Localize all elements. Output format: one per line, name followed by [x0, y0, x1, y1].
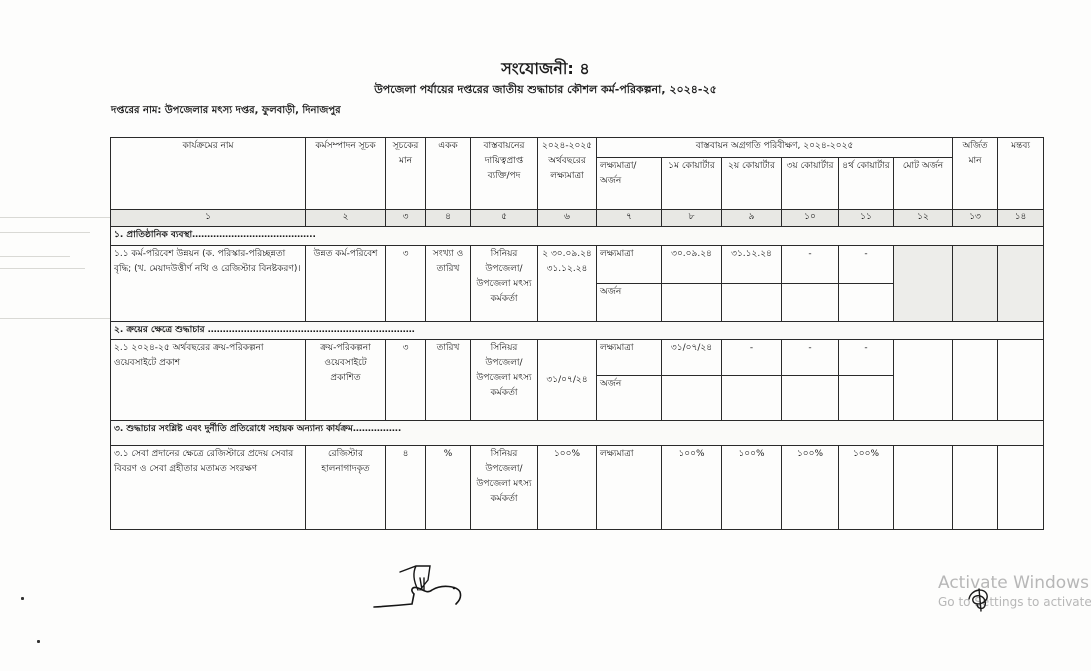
column-number: ১	[111, 210, 306, 227]
header-target-achievement: লক্ষ্যমাত্রা/ অর্জন	[597, 158, 662, 210]
achievement-label: অর্জন	[597, 376, 662, 421]
scan-artifact	[0, 268, 85, 269]
column-number: ১১	[839, 210, 894, 227]
indicator-value-cell: ৩	[386, 340, 426, 421]
q4-achievement	[839, 376, 894, 421]
responsible-cell: সিনিয়র উপজেলা/ উপজেলা মৎস্য কর্মকর্তা	[471, 446, 538, 530]
header-achieved-value: অর্জিত মান	[953, 138, 998, 210]
q2-achievement	[722, 284, 782, 322]
q1-target: ৩০.০৯.২৪	[662, 246, 722, 284]
column-number: ১০	[782, 210, 839, 227]
header-q3: ৩য় কোয়ার্টার	[782, 158, 839, 210]
annual-target-cell: ২ ৩০.০৯.২৪ ৩১.১২.২৪	[538, 246, 597, 322]
activity-cell: ৩.১ সেবা প্রদানের ক্ষেত্রে রেজিস্টারে প্…	[111, 446, 306, 530]
q2-achievement	[722, 376, 782, 421]
q2-target: ৩১.১২.২৪	[722, 246, 782, 284]
section-title: ২. ক্রয়ের ক্ষেত্রে শুদ্ধাচার ……………………………	[111, 322, 1044, 340]
scan-artifact	[0, 217, 110, 218]
column-number-row: ১ ২ ৩ ৪ ৫ ৬ ৭ ৮ ৯ ১০ ১১ ১২ ১৩ ১৪	[111, 210, 1044, 227]
total-achievement-cell	[894, 446, 953, 530]
column-number: ৫	[471, 210, 538, 227]
target-label: লক্ষ্যমাত্রা	[597, 340, 662, 376]
section-title: ৩. শুদ্ধাচার সংশ্লিষ্ট এবং দুর্নীতি প্রত…	[111, 421, 1044, 446]
header-unit: একক	[426, 138, 471, 210]
office-name: দপ্তরের নাম: উপজেলার মৎস্য দপ্তর, ফুলবাড…	[111, 103, 341, 120]
header-monitoring-group: বাস্তবায়ন অগ্রগতি পরিবীক্ষণ, ২০২৪-২০২৫	[597, 138, 953, 158]
annual-target-cell: ৩১/০৭/২৪	[538, 340, 597, 421]
section-row: ১. প্রাতিষ্ঠানিক ব্যবস্থা…………………………………..	[111, 227, 1044, 246]
signature-icon	[372, 560, 467, 612]
achieved-value-cell	[953, 340, 998, 421]
column-number: ৬	[538, 210, 597, 227]
responsible-cell: সিনিয়র উপজেলা/ উপজেলা মৎস্য কর্মকর্তা	[471, 340, 538, 421]
q1-target: ৩১/০৭/২৪	[662, 340, 722, 376]
remarks-cell	[998, 340, 1044, 421]
column-number: ২	[306, 210, 386, 227]
section-row: ২. ক্রয়ের ক্ষেত্রে শুদ্ধাচার ……………………………	[111, 322, 1044, 340]
activity-cell: ১.১ কর্ম-পরিবেশ উন্নয়ন (ক. পরিস্কার-পরি…	[111, 246, 306, 322]
remarks-cell	[998, 246, 1044, 322]
header-indicator-value: সূচকের মান	[386, 138, 426, 210]
header-q1: ১ম কোয়ার্টার	[662, 158, 722, 210]
responsible-cell: সিনিয়র উপজেলা/ উপজেলা মৎস্য কর্মকর্তা	[471, 246, 538, 322]
scan-dot	[37, 640, 40, 643]
column-number: ৭	[597, 210, 662, 227]
windows-activation-watermark: Activate Windows Go to Settings to activ…	[938, 572, 1091, 611]
column-number: ১৪	[998, 210, 1044, 227]
plan-title: উপজেলা পর্যায়ের দপ্তরের জাতীয় শুদ্ধাচা…	[0, 81, 1091, 100]
indicator-cell: রেজিস্টার হালনাগাদকৃত	[306, 446, 386, 530]
table-row: ২.১ ২০২৪-২৫ অর্থবছরের ক্রয়-পরিকল্পনা ওয…	[111, 340, 1044, 376]
total-achievement-cell	[894, 340, 953, 421]
q1-achievement	[662, 376, 722, 421]
activity-cell: ২.১ ২০২৪-২৫ অর্থবছরের ক্রয়-পরিকল্পনা ওয…	[111, 340, 306, 421]
q3-achievement	[782, 376, 839, 421]
q3-target: ১০০%	[782, 446, 839, 530]
header-annual-target: ২০২৪-২০২৫ অর্থবছরের লক্ষ্যমাত্রা	[538, 138, 597, 210]
watermark-line-2: Go to Settings to activate Windows.	[938, 594, 1091, 611]
column-number: ৮	[662, 210, 722, 227]
annex-title: সংযোজনী: ৪	[0, 56, 1091, 83]
header-total-achievement: মোট অর্জন	[894, 158, 953, 210]
q4-target: -	[839, 246, 894, 284]
indicator-cell: ক্রয়-পরিকল্পনা ওয়েবসাইটে প্রকাশিত	[306, 340, 386, 421]
q2-target: ১০০%	[722, 446, 782, 530]
header-activity-name: কার্যক্রমের নাম	[111, 138, 306, 210]
header-responsible-person: বাস্তবায়নের দায়িত্বপ্রাপ্ত ব্যক্তি/পদ	[471, 138, 538, 210]
header-performance-indicator: কর্মসম্পাদন সূচক	[306, 138, 386, 210]
q4-target: -	[839, 340, 894, 376]
watermark-line-1: Activate Windows	[938, 572, 1091, 594]
column-number: ৪	[426, 210, 471, 227]
achieved-value-cell	[953, 246, 998, 322]
table-row: ১.১ কর্ম-পরিবেশ উন্নয়ন (ক. পরিস্কার-পরি…	[111, 246, 1044, 284]
header-q2: ২য় কোয়ার্টার	[722, 158, 782, 210]
achievement-label: অর্জন	[597, 284, 662, 322]
indicator-value-cell: ৩	[386, 246, 426, 322]
target-label: লক্ষ্যমাত্রা	[597, 446, 662, 530]
section-title: ১. প্রাতিষ্ঠানিক ব্যবস্থা…………………………………..	[111, 227, 1044, 246]
q1-target: ১০০%	[662, 446, 722, 530]
scan-artifact	[0, 232, 90, 233]
q1-achievement	[662, 284, 722, 322]
integrity-action-plan-table: কার্যক্রমের নাম কর্মসম্পাদন সূচক সূচকের …	[110, 137, 1044, 530]
unit-cell: তারিখ	[426, 340, 471, 421]
total-achievement-cell	[894, 246, 953, 322]
indicator-cell: উন্নত কর্ম-পরিবেশ	[306, 246, 386, 322]
unit-cell: সংখ্যা ও তারিখ	[426, 246, 471, 322]
scan-artifact	[0, 256, 70, 257]
achieved-value-cell	[953, 446, 998, 530]
q3-target: -	[782, 340, 839, 376]
q4-target: ১০০%	[839, 446, 894, 530]
column-number: ৩	[386, 210, 426, 227]
section-row: ৩. শুদ্ধাচার সংশ্লিষ্ট এবং দুর্নীতি প্রত…	[111, 421, 1044, 446]
column-number: ১২	[894, 210, 953, 227]
header-remarks: মন্তব্য	[998, 138, 1044, 210]
header-q4: ৪র্থ কোয়ার্টার	[839, 158, 894, 210]
q2-target: -	[722, 340, 782, 376]
q4-achievement	[839, 284, 894, 322]
scan-artifact	[0, 318, 110, 319]
initial-mark-icon	[965, 585, 993, 613]
target-label: লক্ষ্যমাত্রা	[597, 246, 662, 284]
annual-target-cell: ১০০%	[538, 446, 597, 530]
indicator-value-cell: ৪	[386, 446, 426, 530]
column-number: ৯	[722, 210, 782, 227]
remarks-cell	[998, 446, 1044, 530]
q3-achievement	[782, 284, 839, 322]
table-row: ৩.১ সেবা প্রদানের ক্ষেত্রে রেজিস্টারে প্…	[111, 446, 1044, 530]
unit-cell: %	[426, 446, 471, 530]
q3-target: -	[782, 246, 839, 284]
column-number: ১৩	[953, 210, 998, 227]
scan-dot	[21, 597, 24, 600]
